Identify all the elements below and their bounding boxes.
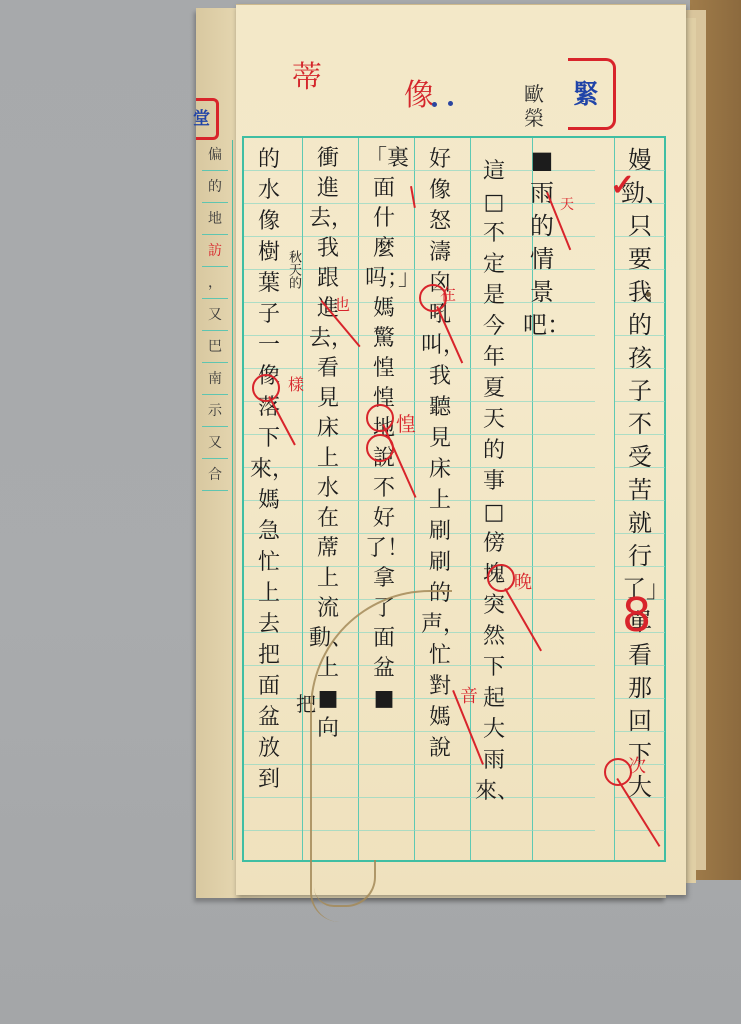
under-page-char: ， (202, 268, 228, 299)
correction-circle (487, 564, 515, 592)
ink-dot (432, 102, 437, 107)
column-text: 嫚勁、只要我的孩子不受苦就行了」單看那回下大 (621, 144, 659, 804)
under-page-char: 的 (202, 172, 228, 203)
under-page-char: 示 (202, 396, 228, 427)
under-page-char: 地 (202, 204, 228, 235)
under-page-char: 又 (202, 300, 228, 331)
correction-circle (252, 374, 280, 402)
under-page-char: 合 (202, 460, 228, 491)
column-text: 這□不定是今年夏天的事□傍塊突然下起大雨來、 (475, 156, 513, 807)
author-name-line: 歐 (518, 82, 550, 106)
under-page-char: 南 (202, 364, 228, 395)
ink-dot (448, 101, 453, 106)
binding-hole (646, 292, 651, 297)
correction-text: 次 (628, 752, 646, 778)
title-char: 蒂 (292, 52, 322, 96)
manuscript-grid: 嫚勁、只要我的孩子不受苦就行了」單看那回下大 ■雨的情景吧： 這□不定是今年夏天… (242, 136, 666, 862)
check-mark-icon: ✓ (610, 168, 635, 203)
stamp-text: 緊 (573, 74, 599, 111)
correction-text: 也 (334, 292, 350, 315)
under-page-stamp-text: 堂 (193, 104, 210, 129)
column-3: 這□不定是今年夏天的事□傍塊突然下起大雨來、 (470, 138, 533, 860)
author-name: 歐 榮 (518, 82, 550, 130)
correction-circle (366, 404, 394, 432)
correction-text: 樣 (288, 372, 304, 395)
under-page-char: 又 (202, 428, 228, 459)
column-7: 的水像樹葉子一像落下來，媽急忙上去把面盆放到 (244, 138, 302, 860)
correction-text: 天 (560, 194, 574, 214)
column-2: ■雨的情景吧： (532, 138, 595, 860)
under-page-grid-line (232, 140, 233, 860)
correction-text: 在 (440, 282, 456, 305)
under-page-char: 偏 (202, 140, 228, 171)
correction-text: 音 (460, 682, 478, 708)
under-page-text-strip: 偏 的 地 訪 ， 又 巴 南 示 又 合 (196, 140, 236, 860)
column-text: 的水像樹葉子一像落下來，媽急忙上去把面盆放到 (250, 144, 288, 795)
correction-mark: 8 (622, 588, 651, 642)
correction-text: 晚 (514, 568, 532, 594)
under-page-correction: 訪 (202, 236, 228, 267)
insertion-text: 秋天的 (284, 250, 303, 289)
author-name-line: 榮 (518, 106, 550, 130)
correction-text: 惶 (396, 408, 416, 437)
under-page-char: 巴 (202, 332, 228, 363)
title-char: 像 (404, 70, 434, 114)
